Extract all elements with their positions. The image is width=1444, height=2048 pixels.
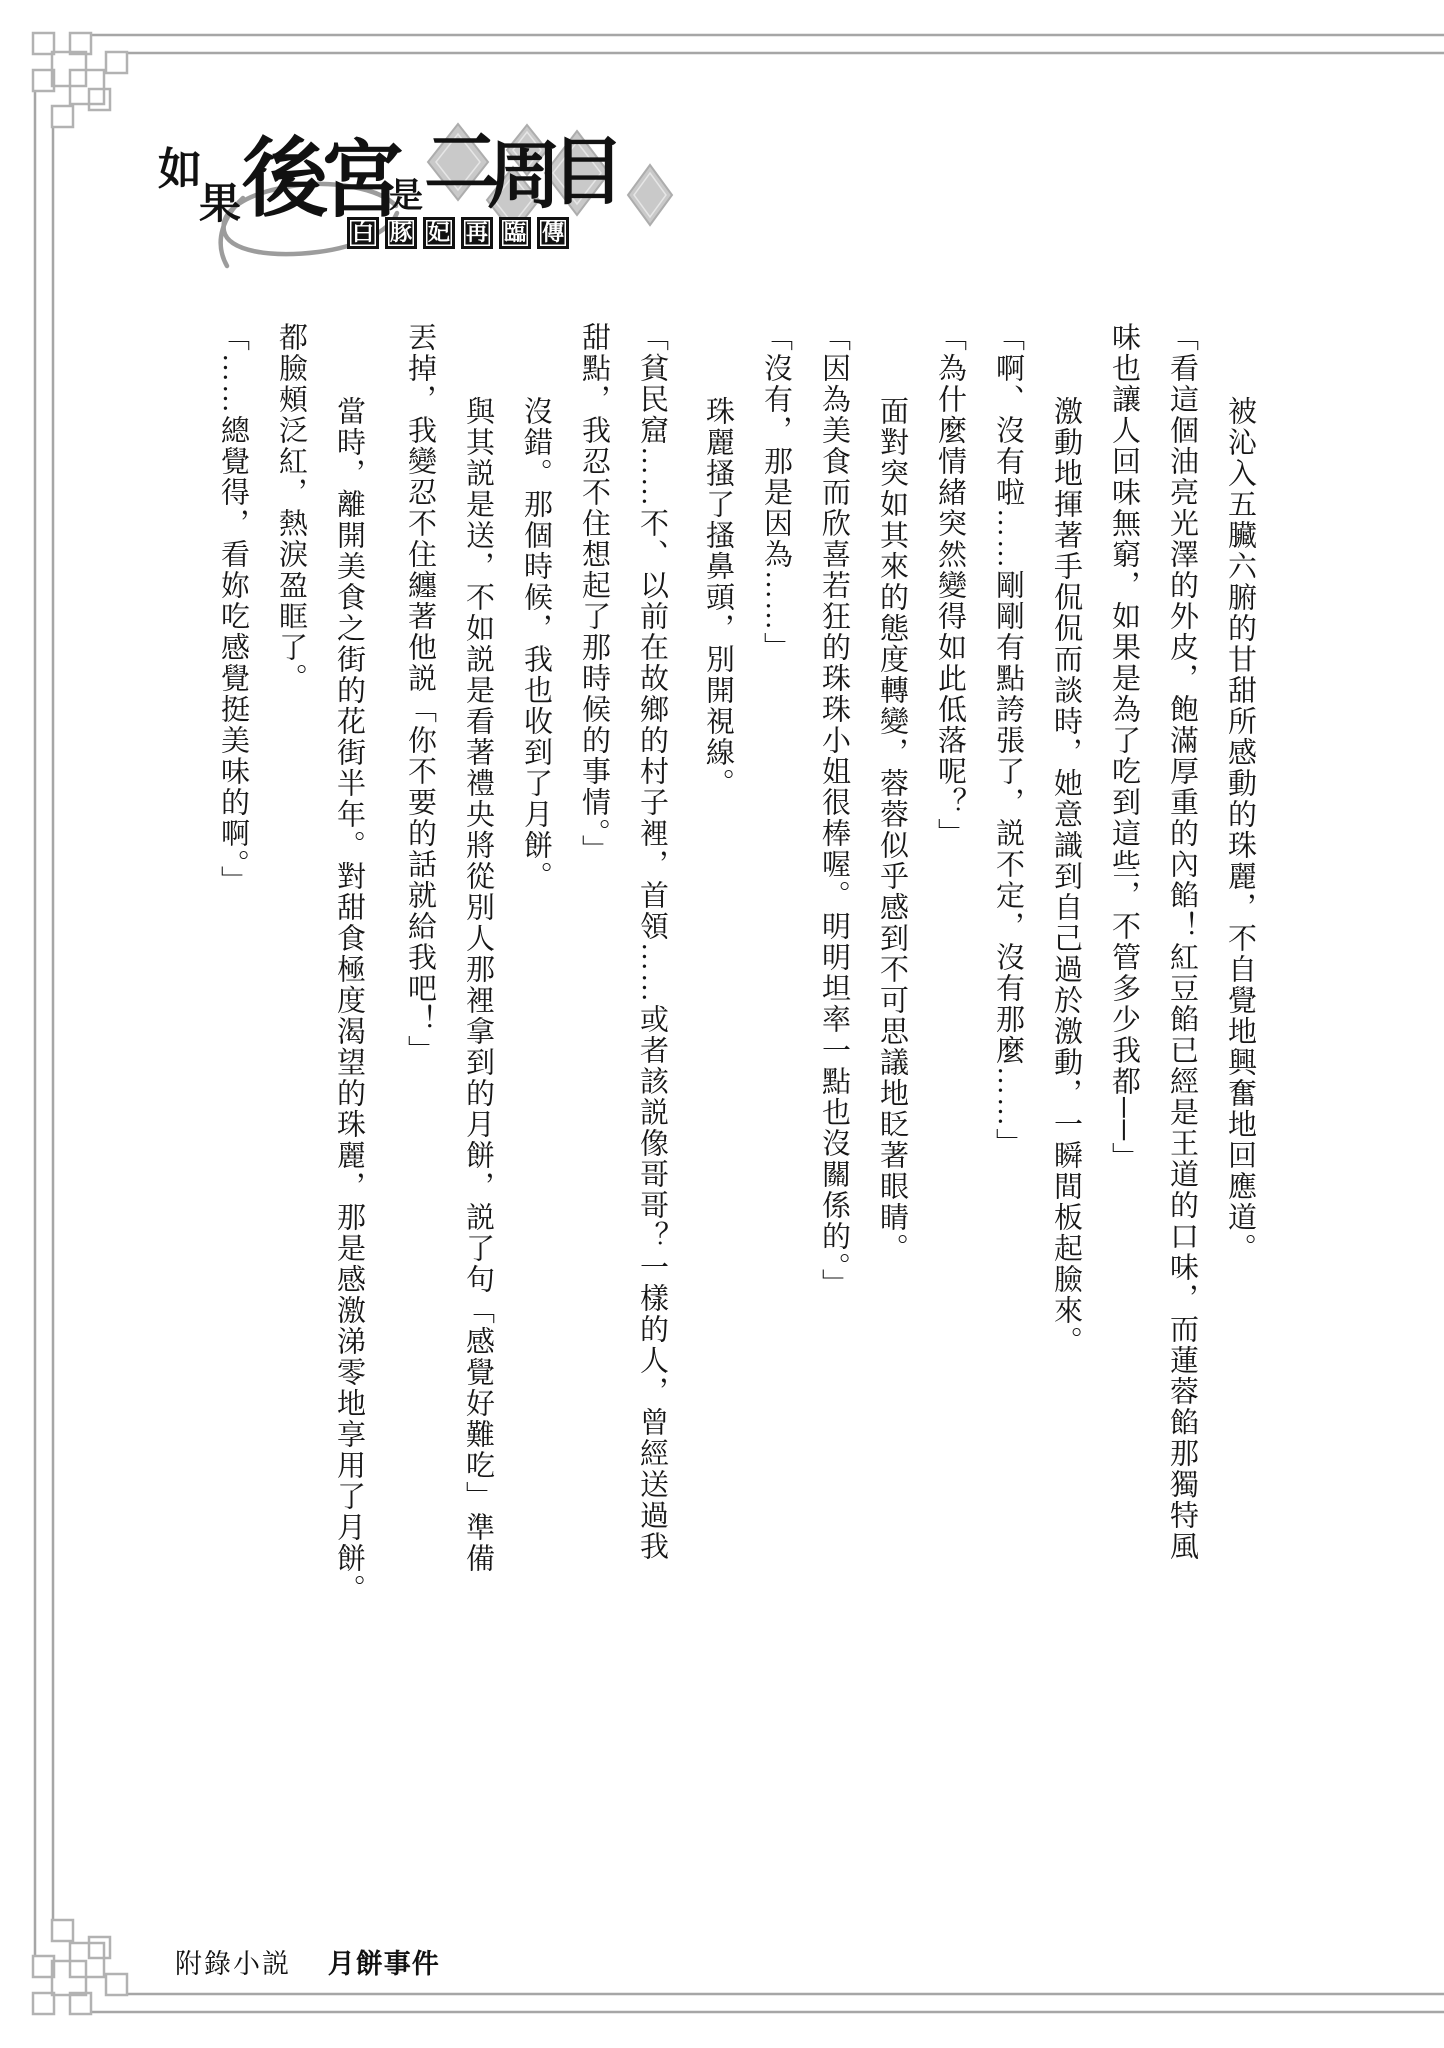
logo-title-char: 是 — [389, 180, 423, 214]
text-column-17: 都臉頰泛紅，熱淚盈眶了。 — [262, 322, 320, 1652]
subtitle-box: 傳 — [537, 217, 569, 249]
text-column-2: 「看這個油亮光澤的外皮，飽滿厚重的內餡！紅豆餡已經是王道的口味，而蓮蓉餡那獨特風 — [1153, 322, 1211, 1652]
logo-title-char: 周 — [487, 140, 561, 214]
corner-lattice-ornament-bottom — [33, 1920, 127, 2014]
novel-page: 如 果 後 宮 是 二 周 目 白 豚 妃 再 臨 傳 被沁入五臟六腑的甘甜所感… — [0, 0, 1444, 2048]
text-column-9: 「沒有，那是因為……」 — [747, 322, 805, 1652]
text-column-4: 激動地揮著手侃侃而談時，她意識到自己過於激動，一瞬間板起臉來。 — [1037, 322, 1095, 1652]
subtitle-box: 臨 — [499, 217, 531, 249]
text-column-18: 「……總覺得，看妳吃感覺挺美味的啊。」 — [204, 322, 262, 1652]
text-column-14: 與其説是送，不如説是看著禮央將從別人那裡拿到的月餅，説了句「感覺好難吃」準備 — [449, 322, 507, 1652]
text-column-11: 「貧民窟……不、以前在故鄉的村子裡，首領……或者該説像哥哥？一樣的人，曾經送過我 — [623, 322, 681, 1652]
subtitle-box: 白 — [347, 217, 379, 249]
subtitle-box: 妃 — [423, 217, 455, 249]
text-column-3: 味也讓人回味無窮，如果是為了吃到這些，不管多少我都──」 — [1095, 322, 1153, 1652]
text-column-16: 當時，離開美食之街的花街半年。對甜食極度渴望的珠麗，那是感激涕零地享用了月餅。 — [320, 322, 378, 1652]
logo-title-char: 目 — [551, 136, 625, 210]
text-column-13: 沒錯。那個時候，我也收到了月餅。 — [507, 322, 565, 1652]
novel-text-block: 被沁入五臟六腑的甘甜所感動的珠麗，不自覺地興奮地回應道。 「看這個油亮光澤的外皮… — [204, 322, 1269, 1652]
corner-lattice-ornament-top — [33, 33, 127, 127]
footer-story-title: 月餅事件 — [328, 1949, 440, 1979]
text-column-7: 面對突如其來的態度轉變，蓉蓉似乎感到不可思議地眨著眼睛。 — [863, 322, 921, 1652]
logo-title-char: 如 — [158, 148, 202, 192]
logo-title-char: 果 — [199, 184, 241, 226]
text-column-5: 「啊、沒有啦……剛剛有點誇張了，説不定，沒有那麼……」 — [979, 322, 1037, 1652]
subtitle-box: 豚 — [385, 217, 417, 249]
subtitle-box: 再 — [461, 217, 493, 249]
text-column-12: 甜點，我忍不住想起了那時候的事情。」 — [565, 322, 623, 1652]
text-column-6: 「為什麼情緒突然變得如此低落呢？」 — [921, 322, 979, 1652]
text-column-1: 被沁入五臟六腑的甘甜所感動的珠麗，不自覺地興奮地回應道。 — [1211, 322, 1269, 1652]
footer-section-label: 附錄小説 — [175, 1949, 291, 1979]
logo-title-char: 後 — [242, 136, 328, 222]
text-column-10: 珠麗搔了搔鼻頭，別開視線。 — [689, 322, 747, 1652]
text-column-8: 「因為美食而欣喜若狂的珠珠小姐很棒喔。明明坦率一點也沒關係的。」 — [805, 322, 863, 1652]
page-footer: 附錄小説 月餅事件 — [175, 1948, 440, 1980]
text-column-15: 丟掉，我變忍不住纏著他説「你不要的話就給我吧！」 — [391, 322, 449, 1652]
